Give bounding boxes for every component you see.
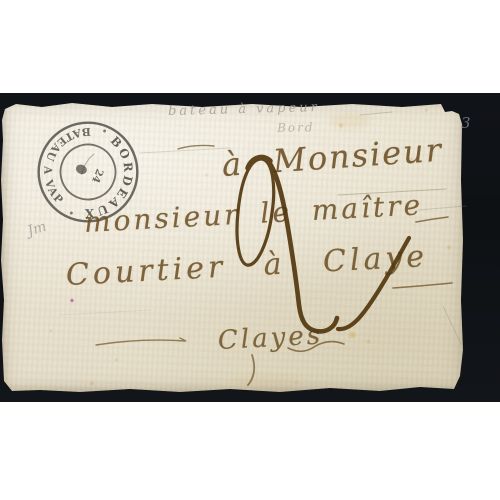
postmark-separator-dot (70, 211, 74, 215)
postmark-date: 24 (89, 167, 105, 185)
photo-of-cover: BORDEAUX BATEAU A VAP 24 bateau à vapeur… (0, 0, 500, 500)
ink-fleck (70, 298, 74, 303)
postmark-separator-dot (103, 129, 107, 133)
postmark-stamp: BORDEAUX BATEAU A VAP 24 (28, 112, 148, 232)
